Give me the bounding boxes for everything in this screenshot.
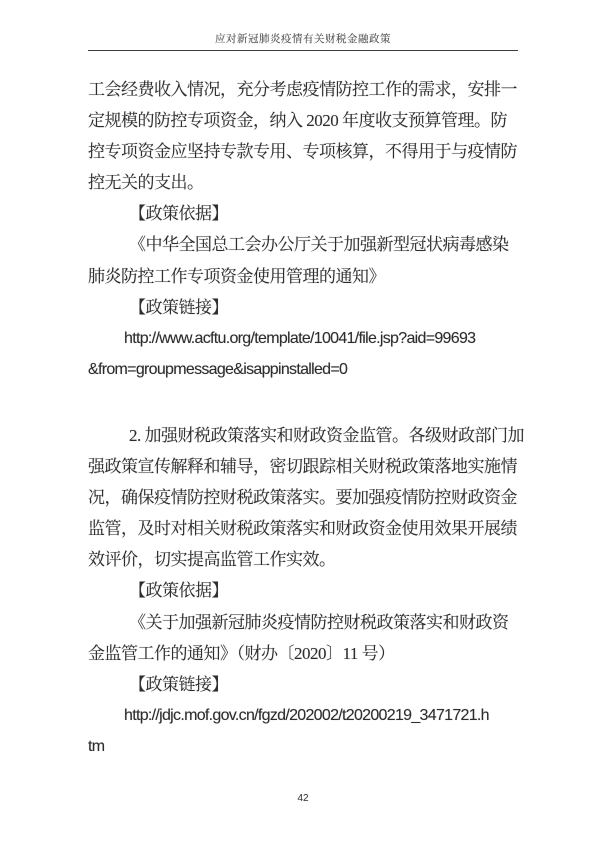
policy-url-line: &from=groupmessage&isappinstalled=0 xyxy=(88,354,518,385)
header-title: 应对新冠肺炎疫情有关财税金融政策 xyxy=(88,31,518,46)
policy-link-heading: 【政策链接】 xyxy=(88,669,518,700)
policy-doc-title-line: 金监管工作的通知》（财办〔2020〕11 号） xyxy=(88,638,518,669)
body-text-line: 监管，及时对相关财税政策落实和财政资金使用效果开展绩 xyxy=(88,513,518,544)
policy-link-heading: 【政策链接】 xyxy=(88,292,518,323)
body-text-line: 强政策宣传解释和辅导，密切跟踪相关财税政策落地实施情 xyxy=(88,451,518,482)
policy-url-line: tm xyxy=(88,731,518,762)
body-text-line: 控专项资金应坚持专款专用、专项核算，不得用于与疫情防 xyxy=(88,136,518,167)
body-text-line: 效评价，切实提高监管工作实效。 xyxy=(88,544,518,575)
body-text-line: 况，确保疫情防控财税政策落实。要加强疫情防控财政资金 xyxy=(88,482,518,513)
policy-basis-heading: 【政策依据】 xyxy=(88,575,518,606)
policy-url-line: http://www.acftu.org/template/10041/file… xyxy=(88,323,518,354)
body-text-line: 工会经费收入情况，充分考虑疫情防控工作的需求，安排一 xyxy=(88,74,518,105)
page-number: 42 xyxy=(297,793,308,804)
body-text-line: 2. 加强财税政策落实和财政资金监管。各级财政部门加 xyxy=(88,420,518,451)
document-page: 应对新冠肺炎疫情有关财税金融政策 工会经费收入情况，充分考虑疫情防控工作的需求，… xyxy=(0,0,599,860)
body-text-line: 控无关的支出。 xyxy=(88,167,518,198)
policy-basis-heading: 【政策依据】 xyxy=(88,198,518,229)
policy-doc-title-line: 《关于加强新冠肺炎疫情防控财税政策落实和财政资 xyxy=(88,607,518,638)
body-text-line: 定规模的防控专项资金，纳入 2020 年度收支预算管理。防 xyxy=(88,105,518,136)
page-header: 应对新冠肺炎疫情有关财税金融政策 xyxy=(88,0,518,51)
policy-doc-title-line: 肺炎防控工作专项资金使用管理的通知》 xyxy=(88,261,518,292)
page-footer: 42 xyxy=(88,788,518,806)
policy-url-line: http://jdjc.mof.gov.cn/fgzd/202002/t2020… xyxy=(88,700,518,731)
document-content: 工会经费收入情况，充分考虑疫情防控工作的需求，安排一 定规模的防控专项资金，纳入… xyxy=(88,74,518,762)
policy-doc-title-line: 《中华全国总工会办公厅关于加强新型冠状病毒感染 xyxy=(88,229,518,260)
